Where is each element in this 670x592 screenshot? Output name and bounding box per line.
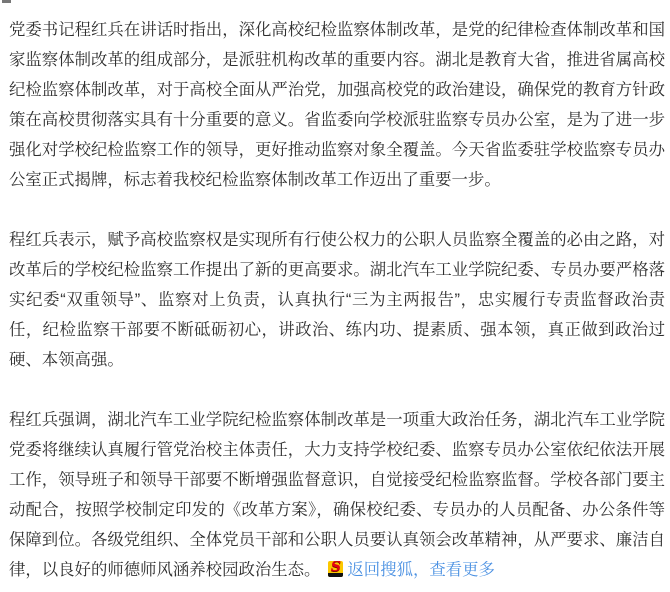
- sohu-logo-icon: S: [328, 561, 343, 577]
- back-to-sohu-link[interactable]: 返回搜狐，查看更多: [347, 561, 495, 579]
- article-paragraph-2: 程红兵表示，赋予高校监察权是实现所有行使公权力的公职人员监察全覆盖的必由之路，对…: [9, 225, 665, 375]
- sohu-logo-letter: S: [328, 561, 343, 575]
- article-page: 党委书记程红兵在讲话时指出，深化高校纪检监察体制改革，是党的纪律检查体制改革和国…: [0, 0, 670, 592]
- paragraph-text: 程红兵强调，湖北汽车工业学院纪检监察体制改革是一项重大政治任务，湖北汽车工业学院…: [9, 411, 665, 579]
- article-paragraph-1: 党委书记程红兵在讲话时指出，深化高校纪检监察体制改革，是党的纪律检查体制改革和国…: [9, 15, 665, 195]
- cropped-text-artifact: [2, 0, 11, 3]
- article-paragraph-3: 程红兵强调，湖北汽车工业学院纪检监察体制改革是一项重大政治任务，湖北汽车工业学院…: [9, 405, 665, 585]
